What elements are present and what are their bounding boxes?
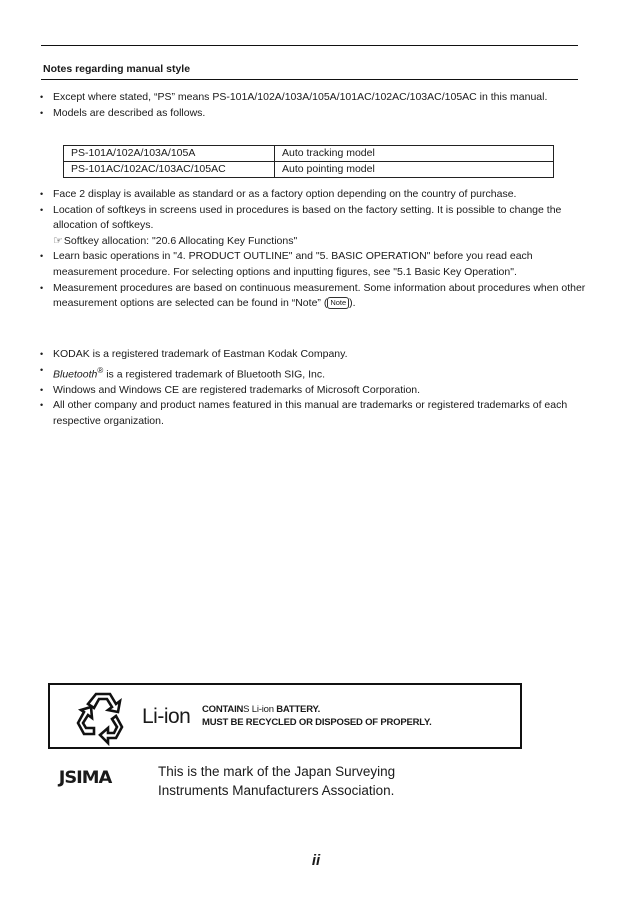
- header-rule: [41, 45, 578, 46]
- table-row: PS-101A/102A/103A/105A Auto tracking mod…: [64, 146, 554, 162]
- softkeys-text: Location of softkeys in screens used in …: [53, 204, 561, 232]
- line1-bold-a: CONTAIN: [202, 704, 243, 715]
- bluetooth-rest: is a registered trademark of Bluetooth S…: [103, 368, 325, 380]
- li-ion-label: Li-ion: [142, 705, 190, 729]
- bullet-other-trademarks: All other company and product names feat…: [30, 398, 590, 429]
- models-table: PS-101A/102A/103A/105A Auto tracking mod…: [63, 145, 554, 178]
- bullet-kodak: KODAK is a registered trademark of Eastm…: [30, 347, 590, 363]
- line1-bold-b: BATTERY.: [276, 704, 320, 715]
- measurement-text: Measurement procedures are based on cont…: [53, 282, 585, 310]
- battery-notice-text: CONTAINS Li-ion BATTERY. MUST BE RECYCLE…: [202, 704, 432, 729]
- intro-bullets: Except where stated, “PS” means PS-101A/…: [30, 90, 590, 121]
- style-bullets: Face 2 display is available as standard …: [30, 187, 590, 312]
- page-number: ii: [0, 852, 632, 869]
- bullet-learn-basics: Learn basic operations in "4. PRODUCT OU…: [30, 249, 590, 280]
- jsima-line-2: Instruments Manufacturers Association.: [158, 782, 395, 801]
- model-code: PS-101A/102A/103A/105A: [64, 146, 275, 162]
- table-row: PS-101AC/102AC/103AC/105AC Auto pointing…: [64, 162, 554, 178]
- bullet-models: Models are described as follows.: [30, 106, 590, 122]
- section-title: Notes regarding manual style: [43, 63, 190, 75]
- model-type: Auto tracking model: [275, 146, 554, 162]
- bullet-ps-definition: Except where stated, “PS” means PS-101A/…: [30, 90, 590, 106]
- recycle-icon: [74, 690, 134, 746]
- jsima-line-1: This is the mark of the Japan Surveying: [158, 763, 395, 782]
- jsima-logo: JSIMA: [59, 768, 111, 788]
- title-rule: [41, 79, 578, 80]
- trademark-bullets: KODAK is a registered trademark of Eastm…: [30, 347, 590, 429]
- battery-line-2: MUST BE RECYCLED OR DISPOSED OF PROPERLY…: [202, 717, 432, 730]
- bluetooth-name: Bluetooth: [53, 368, 97, 380]
- battery-recycling-notice: Li-ion CONTAINS Li-ion BATTERY. MUST BE …: [48, 683, 522, 749]
- measurement-text-end: ).: [349, 297, 355, 309]
- model-code: PS-101AC/102AC/103AC/105AC: [64, 162, 275, 178]
- bullet-face2: Face 2 display is available as standard …: [30, 187, 590, 203]
- softkey-reference-text: Softkey allocation: "20.6 Allocating Key…: [64, 234, 297, 250]
- bullet-windows: Windows and Windows CE are registered tr…: [30, 383, 590, 399]
- pointing-hand-icon: ☞: [53, 234, 62, 250]
- softkey-reference: ☞ Softkey allocation: "20.6 Allocating K…: [30, 234, 590, 250]
- jsima-description: This is the mark of the Japan Surveying …: [158, 763, 395, 800]
- bullet-bluetooth: Bluetooth® is a registered trademark of …: [30, 363, 590, 383]
- battery-line-1: CONTAINS Li-ion BATTERY.: [202, 704, 432, 717]
- line1-normal: S Li-ion: [243, 704, 276, 715]
- bullet-softkeys: Location of softkeys in screens used in …: [30, 203, 590, 234]
- note-icon: Note: [327, 297, 349, 309]
- model-type: Auto pointing model: [275, 162, 554, 178]
- bullet-measurement: Measurement procedures are based on cont…: [30, 281, 590, 312]
